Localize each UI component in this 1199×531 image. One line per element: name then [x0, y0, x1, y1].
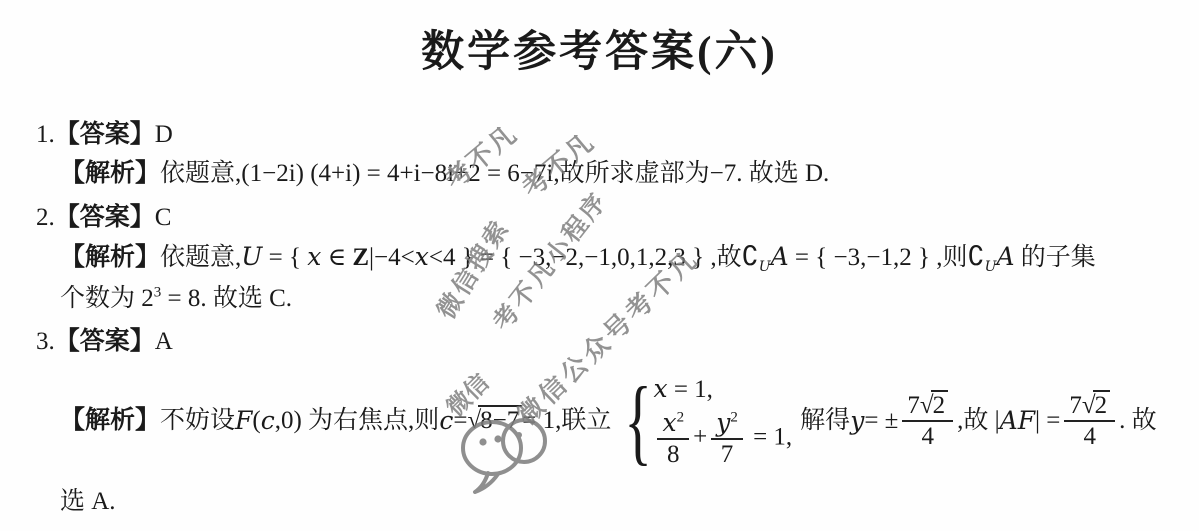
var-x: x [653, 374, 667, 403]
q2-analysis-line2: 个数为 23 = 8. 故选 C. [60, 284, 292, 314]
var-c: c [261, 406, 275, 436]
radicand: 2 [1093, 390, 1111, 419]
answer-label: 【答案】 [55, 204, 155, 231]
exponent: 2 [677, 409, 685, 425]
var-U: U [241, 242, 262, 271]
q3-number: 3. [36, 328, 55, 355]
fraction-denominator: 4 [1084, 422, 1097, 451]
text-run: 解得 [800, 406, 850, 436]
text-run: 不妨设 [160, 406, 235, 436]
fraction-numerator: x2 [657, 409, 689, 441]
q2-answer-line: 2.【答案】C [36, 203, 171, 233]
plus-sign: + [693, 423, 707, 450]
q2-number: 2. [36, 204, 55, 231]
q1-answer-line: 1.【答案】D [36, 120, 173, 150]
text-run: = { [262, 244, 307, 271]
complement-symbol: ∁ [742, 241, 759, 272]
var-U: U [759, 259, 771, 275]
q3-analysis-line: 【解析】不妨设 F(c,0) 为右焦点,则 c = √8−7 = 1,联立{x … [60, 362, 1157, 480]
text-run: ,0) 为右焦点,则 [275, 406, 440, 436]
text-run: ,故 | [957, 406, 1000, 436]
system-row2: x28+y27 = 1, [653, 409, 792, 469]
fraction: 7√24 [902, 392, 953, 451]
var-U: U [985, 259, 997, 275]
wechat-logo-icon [458, 412, 550, 498]
analysis-label: 【解析】 [60, 406, 160, 436]
radicand: 2 [931, 390, 949, 419]
var-A: A [996, 242, 1014, 271]
coefficient: 7 [907, 392, 920, 419]
equation-system: {x = 1,x28+y27 = 1, [615, 374, 792, 469]
var-F: F [235, 406, 252, 436]
q3-analysis-tail: 选 A. [60, 487, 116, 517]
text-run: 个数为 2 [60, 285, 154, 312]
text-run: . 故 [1119, 406, 1157, 436]
page-title: 数学参考答案(六) [0, 18, 1199, 79]
var-AF: AF [1000, 406, 1035, 436]
fraction-denominator: 4 [922, 422, 935, 451]
radical-expression: √2 [920, 392, 948, 419]
var-x: x [415, 242, 429, 271]
text-run: 的子集 [1015, 244, 1096, 271]
fraction: 7√24 [1064, 392, 1115, 451]
var-x: x [662, 408, 676, 437]
fraction-numerator: 7√2 [1064, 392, 1115, 423]
text-run: ( [252, 406, 260, 436]
fraction-numerator: 7√2 [902, 392, 953, 423]
fraction: y27 [711, 409, 743, 469]
subscript-U: U [985, 260, 997, 275]
text-run: |−4< [369, 244, 415, 271]
answer-sheet-page: 数学参考答案(六) 考不凡 考不凡 微信搜索 考不凡小程序 微信公众号考不凡 微… [0, 0, 1199, 531]
var-y: y [850, 406, 864, 436]
text-run: 依题意, [160, 244, 241, 271]
subscript-U: U [759, 260, 771, 275]
text-run: | = [1035, 406, 1060, 436]
fraction-numerator: y2 [711, 409, 743, 441]
set-values: = { −3,−1,2 } ,则 [789, 244, 968, 271]
system-row1: x = 1, [653, 374, 712, 405]
system-brace: { [625, 380, 653, 462]
fraction-denominator: 8 [667, 440, 680, 469]
q1-number: 1. [36, 121, 55, 148]
text-run: 选 A. [60, 488, 116, 515]
text-run: = 1, [747, 423, 792, 450]
text-run: = 8. 故选 C. [161, 285, 292, 312]
complement-symbol: ∁ [967, 241, 984, 272]
answer-label: 【答案】 [55, 121, 155, 148]
q1-answer: D [155, 121, 173, 148]
element-of-symbol: ∈ [321, 244, 352, 271]
coefficient: 7 [1069, 392, 1082, 419]
text-run: = ± [864, 406, 898, 436]
text-run: = 1, [668, 376, 713, 403]
fraction-denominator: 7 [721, 440, 734, 469]
analysis-label: 【解析】 [60, 244, 160, 271]
q3-answer-line: 3.【答案】A [36, 327, 173, 357]
analysis-label: 【解析】 [60, 160, 160, 187]
answer-label: 【答案】 [55, 328, 155, 355]
exponent: 2 [730, 409, 738, 425]
set-Z-symbol: Z [352, 244, 369, 271]
var-y: y [716, 408, 730, 437]
radical-expression: √2 [1082, 392, 1110, 419]
q2-answer: C [155, 204, 172, 231]
var-x: x [307, 242, 321, 271]
system-rows: x = 1,x28+y27 = 1, [653, 374, 792, 469]
var-A: A [771, 242, 789, 271]
q3-answer: A [155, 328, 173, 355]
fraction: x28 [657, 409, 689, 469]
